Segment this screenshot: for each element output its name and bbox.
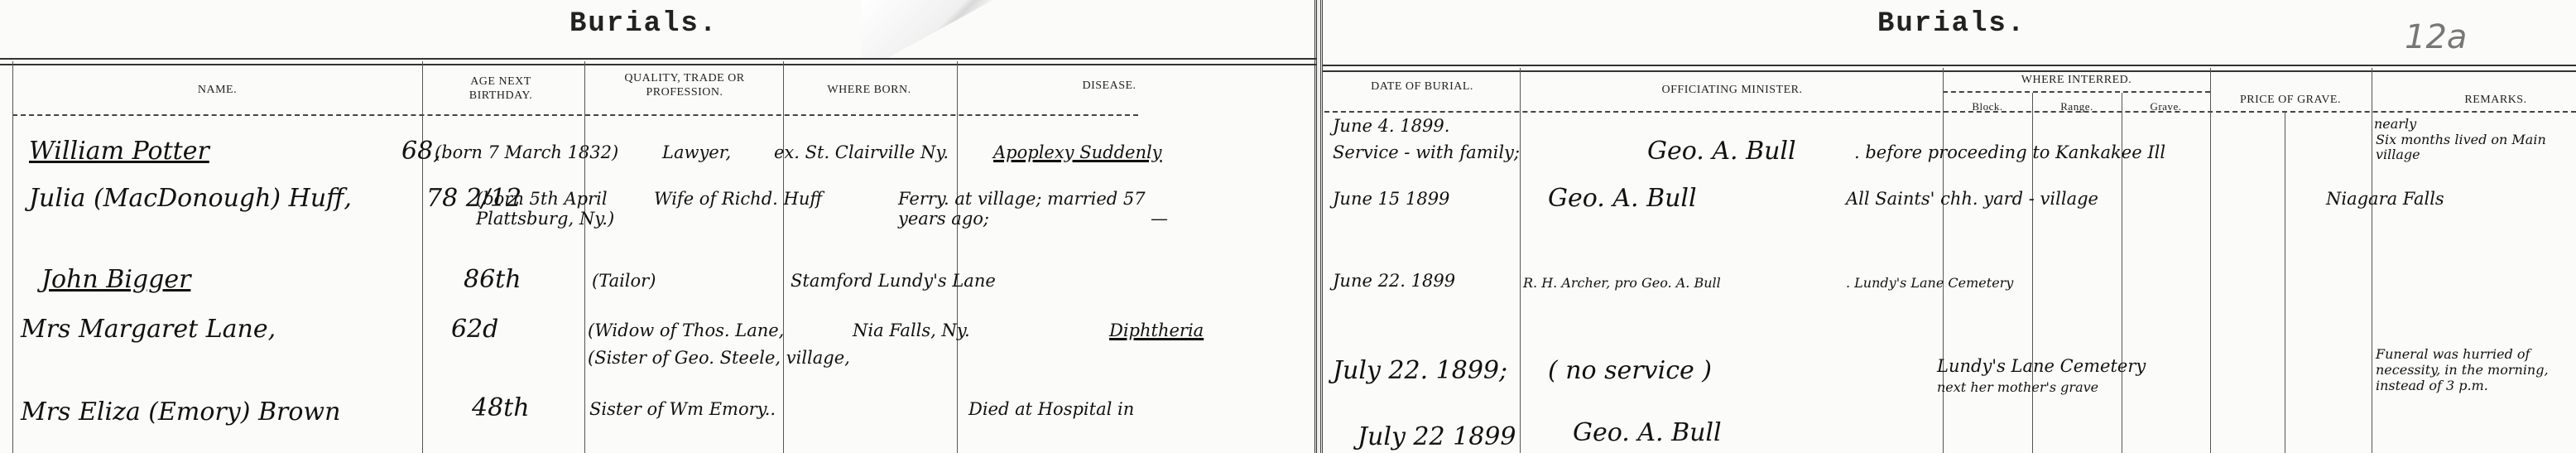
- entry-2-remarks: Niagara Falls: [2326, 189, 2444, 209]
- col-line: [12, 61, 13, 453]
- entry-4-quality-line2: (Sister of Geo. Steele, village,: [588, 348, 850, 368]
- entry-4-remarks: Funeral was hurried of necessity, in the…: [2376, 346, 2574, 393]
- entry-1-minister: Geo. A. Bull: [1647, 137, 1796, 166]
- header-officiating-minister: OFFICIATING MINISTER.: [1523, 83, 1941, 97]
- entry-2-age-note: (born 5th April Plattsburg, Ny.): [476, 189, 650, 229]
- entry-1-disease: Apoplexy Suddenly: [993, 142, 1162, 162]
- header-range: Range.: [2032, 99, 2122, 113]
- entry-3-quality: (Tailor): [592, 271, 656, 291]
- entry-4-minister: ( no service ): [1548, 356, 1712, 385]
- entry-5-name: Mrs Eliza (Emory) Brown: [21, 398, 340, 426]
- header-disease: DISEASE.: [960, 79, 1258, 93]
- header-name: NAME.: [12, 83, 422, 97]
- header-remarks: REMARKS.: [2417, 93, 2574, 107]
- entry-2-where-born: Ferry. at village; married 57 years ago;: [898, 189, 1146, 229]
- col-line: [2285, 113, 2285, 453]
- right-top-rule: [1323, 65, 2576, 72]
- entry-2-minister: Geo. A. Bull: [1548, 184, 1697, 213]
- entry-5-quality: Sister of Wm Emory..: [589, 399, 776, 419]
- entry-3-where-born: Stamford Lundy's Lane: [791, 271, 996, 291]
- entry-2-interred: All Saints' chh. yard - village: [1846, 189, 2098, 209]
- entry-4-interred-line2: next her mother's grave: [1937, 379, 2098, 395]
- header-price-of-grave: PRICE OF GRAVE.: [2212, 93, 2369, 107]
- entry-5-date: July 22 1899: [1358, 422, 1516, 451]
- page-gutter: [1314, 0, 1323, 453]
- header-date-of-burial: DATE OF BURIAL.: [1324, 80, 1520, 94]
- entry-3-date: June 22. 1899: [1333, 271, 1455, 291]
- entry-1-age-note: (born 7 March 1832): [435, 142, 618, 162]
- col-line: [2210, 68, 2211, 453]
- entry-1-remarks-top: nearly: [2374, 116, 2416, 132]
- col-line: [1943, 68, 1944, 453]
- header-block: Block.: [1943, 99, 2032, 113]
- entry-1-name: William Potter: [29, 137, 209, 166]
- header-grave: Grave.: [2122, 99, 2210, 113]
- entry-4-where-born: Nia Falls, Ny.: [853, 320, 970, 340]
- right-page-title: Burials.: [1877, 8, 2026, 40]
- where-interred-rule: [1943, 91, 2210, 93]
- entry-1-quality: Lawyer,: [662, 142, 731, 162]
- col-line: [584, 61, 585, 453]
- entry-1-date-note: Service - with family;: [1333, 142, 1520, 162]
- entry-3-age: 86th: [464, 265, 521, 294]
- left-top-rule: [0, 58, 1316, 65]
- entry-2-name: Julia (MacDonough) Huff,: [29, 184, 352, 213]
- entry-3-minister: R. H. Archer, pro Geo. A. Bull: [1523, 275, 1721, 291]
- entry-2-disease: —: [1151, 209, 1168, 229]
- entry-1-date: June 4. 1899.: [1333, 116, 1449, 136]
- entry-2-date: June 15 1899: [1333, 189, 1449, 209]
- entry-4-name: Mrs Margaret Lane,: [21, 315, 276, 344]
- left-page-title: Burials.: [570, 8, 718, 40]
- col-line: [2372, 68, 2372, 453]
- entry-5-age: 48th: [472, 393, 530, 422]
- entry-4-interred: Lundy's Lane Cemetery: [1937, 356, 2146, 376]
- header-age: AGE NEXT BIRTHDAY.: [439, 75, 563, 103]
- entry-1-remarks: Six months lived on Main village: [2376, 133, 2574, 162]
- header-where-interred: WHERE INTERRED.: [1943, 73, 2210, 87]
- folio-number: 12a: [2405, 18, 2467, 56]
- entry-1-interred: . before proceeding to Kankakee Ill: [1854, 142, 2165, 162]
- header-quality: QUALITY, TRADE OR PROFESSION.: [589, 71, 780, 99]
- col-line: [422, 61, 423, 453]
- left-header-rule: [12, 114, 1138, 116]
- entry-4-date: July 22. 1899;: [1333, 356, 1507, 385]
- entry-4-quality: (Widow of Thos. Lane,: [588, 320, 784, 340]
- entry-5-disease: Died at Hospital in: [968, 399, 1134, 419]
- entry-3-name: John Bigger: [41, 265, 190, 294]
- col-line: [957, 61, 958, 453]
- header-where-born: WHERE BORN.: [786, 83, 952, 97]
- entry-5-minister: Geo. A. Bull: [1573, 418, 1722, 447]
- entry-1-where-born: ex. St. Clairville Ny.: [774, 142, 949, 162]
- entry-4-age: 62d: [451, 315, 498, 344]
- entry-2-quality: Wife of Richd. Huff: [654, 189, 822, 209]
- entry-3-interred: . Lundy's Lane Cemetery: [1846, 275, 2013, 291]
- entry-4-disease: Diphtheria: [1109, 320, 1204, 340]
- col-line: [783, 61, 784, 453]
- col-line: [1520, 68, 1521, 453]
